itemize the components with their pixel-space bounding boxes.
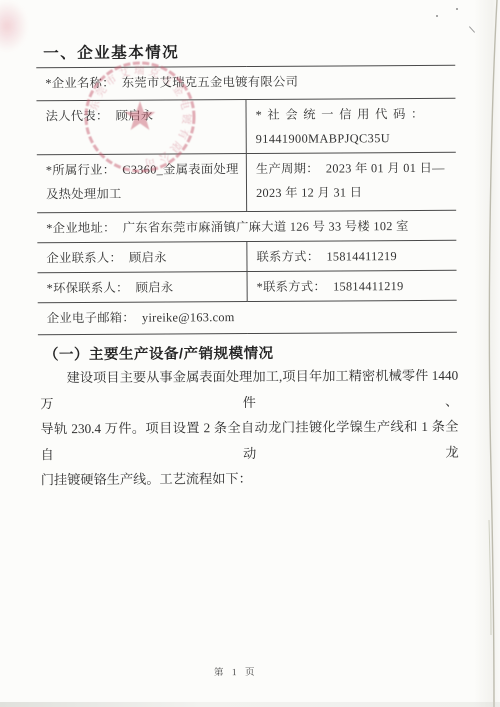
dust-speck [456, 8, 458, 10]
ink-smudge [0, 0, 28, 52]
email-label: 企业电子邮箱： [47, 311, 135, 326]
env-contact-label: *环保联系人： [47, 281, 129, 296]
page-number: 第 1 页 [214, 664, 258, 678]
env-contact-value: 顾启永 [136, 280, 174, 294]
industry-cell: *所属行业：C3360_金属表面处理及热处理加工 [37, 154, 247, 213]
company-name-cell: *企业名称：东莞市艾瑞克五金电镀有限公司 [36, 65, 455, 101]
table-row: *环保联系人：顾启永 *联系方式：15814411219 [38, 270, 457, 303]
env-contact-cell: *环保联系人：顾启永 [38, 272, 248, 303]
company-contact-label: 企业联系人： [46, 251, 122, 265]
company-contact-value: 顾启永 [129, 251, 167, 265]
credit-code-value: 91441900MABPJQC35U [256, 126, 453, 151]
email-value: yireike@163.com [142, 310, 235, 325]
paragraph-line: 导轨 230.4 万件。项目设置 2 条全自动龙门挂镀化学镍生产线和 1 条全自… [40, 414, 458, 468]
page-edge-shadow [474, 0, 500, 707]
table-row: 法人代表：顾启永 *社会统一信用代码： 91441900MABPJQC35U [36, 98, 455, 155]
company-info-table: *企业名称：东莞市艾瑞克五金电镀有限公司 法人代表：顾启永 *社会统一信用代码：… [36, 65, 457, 336]
credit-code-label: *社会统一信用代码： [255, 102, 452, 127]
document-heading: 一、企业基本情况 [43, 40, 179, 63]
table-row: *企业名称：东莞市艾瑞克五金电镀有限公司 [36, 65, 455, 101]
company-name-label: *企业名称： [45, 76, 115, 90]
company-name-value: 东莞市艾瑞克五金电镀有限公司 [122, 75, 298, 90]
env-contact-phone-cell: *联系方式：15814411219 [247, 270, 457, 301]
paragraph-line: 建设项目主要从事金属表面处理加工,项目年加工精密机械零件 1440 万件、 [40, 363, 458, 417]
section-heading: （一）主要生产设备/产销规模情况 [44, 342, 274, 364]
contact-phone-label: 联系方式： [256, 250, 319, 264]
env-contact-phone-label: *联系方式： [257, 280, 327, 294]
industry-label: *所属行业： [46, 163, 116, 177]
table-row: 企业电子邮箱：yireike@163.com [38, 300, 457, 335]
legal-representative-cell: 法人代表：顾启永 [36, 100, 246, 155]
env-contact-phone-value: 15814411219 [333, 279, 404, 293]
table-row: *所属行业：C3360_金属表面处理及热处理加工 生产周期：2023 年 01 … [37, 152, 456, 213]
credit-code-cell: *社会统一信用代码： 91441900MABPJQC35U [246, 98, 456, 153]
paragraph-line: 门挂镀硬铬生产线。工艺流程如下： [41, 465, 459, 493]
address-cell: *企业地址：广东省东莞市麻涌镇广麻大道 126 号 33 号楼 102 室 [37, 210, 456, 243]
table-row: 企业联系人：顾启永 联系方式：15814411219 [37, 240, 456, 273]
company-contact-cell: 企业联系人：顾启永 [37, 242, 247, 273]
production-period-cell: 生产周期：2023 年 01 月 01 日—2023 年 12 月 31 日 [246, 152, 456, 211]
body-paragraph: 建设项目主要从事金属表面处理加工,项目年加工精密机械零件 1440 万件、 导轨… [40, 363, 459, 493]
dust-speck [436, 15, 438, 17]
production-period-label: 生产周期： [256, 162, 319, 176]
contact-phone-cell: 联系方式：15814411219 [247, 240, 457, 271]
legal-representative-label: 法人代表： [46, 109, 109, 123]
document-content: 一、企业基本情况 *企业名称：东莞市艾瑞克五金电镀有限公司 法人代表：顾启永 *… [0, 0, 500, 707]
legal-representative-value: 顾启永 [116, 109, 154, 123]
scanned-document-page: 一、企业基本情况 *企业名称：东莞市艾瑞克五金电镀有限公司 法人代表：顾启永 *… [0, 0, 500, 707]
address-value: 广东省东莞市麻涌镇广麻大道 126 号 33 号楼 102 室 [123, 219, 409, 235]
contact-phone-value: 15814411219 [326, 249, 397, 263]
address-label: *企业地址： [46, 221, 116, 235]
email-cell: 企业电子邮箱：yireike@163.com [38, 300, 457, 335]
table-row: *企业地址：广东省东莞市麻涌镇广麻大道 126 号 33 号楼 102 室 [37, 210, 456, 243]
scan-bottom-edge [0, 702, 500, 707]
